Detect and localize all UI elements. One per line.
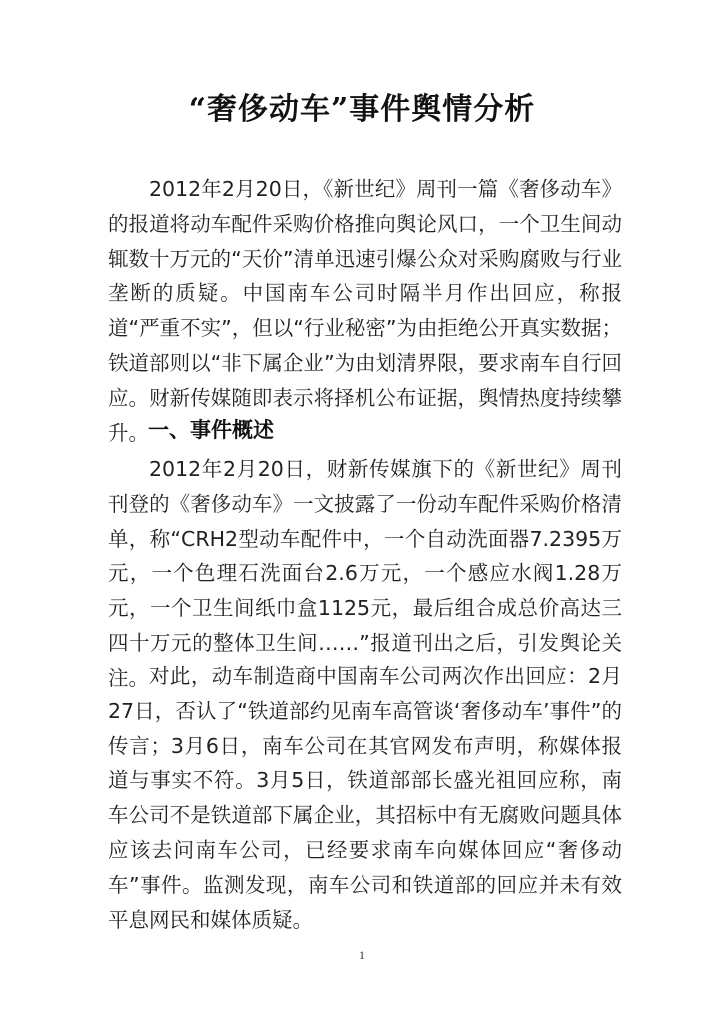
page-number: 1 <box>0 948 724 963</box>
section-paragraph: 对此，动车制造商中国南车公司两次作出回应：2月27日，否认了“铁道部约见南车高管… <box>108 659 622 937</box>
section-heading: 一、事件概述 <box>148 414 274 444</box>
intro-paragraph: 2012年2月20日，《新世纪》周刊一篇《奢侈动车》的报道将动车配件采购价格推向… <box>108 172 622 450</box>
document-page: “奢侈动车”事件舆情分析 2012年2月20日，《新世纪》周刊一篇《奢侈动车》的… <box>0 0 724 1024</box>
section-paragraph-block: 对此，动车制造商中国南车公司两次作出回应：2月27日，否认了“铁道部约见南车高管… <box>108 659 622 937</box>
intro-section: 2012年2月20日，《新世纪》周刊一篇《奢侈动车》的报道将动车配件采购价格推向… <box>108 172 622 450</box>
document-title: “奢侈动车”事件舆情分析 <box>0 84 724 128</box>
